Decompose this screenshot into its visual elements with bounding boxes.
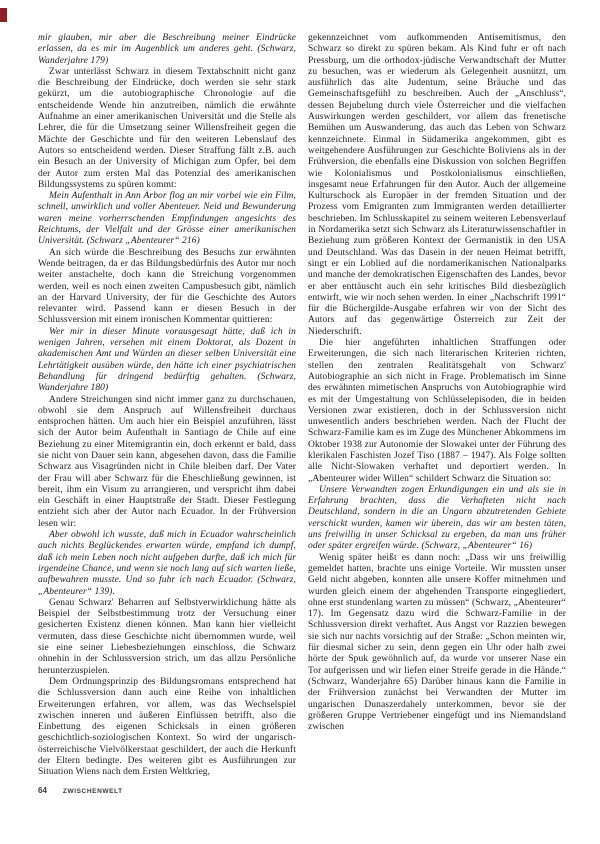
body-paragraph: An sich würde die Beschreibung des Besuc…: [38, 248, 296, 327]
text-column-left: mir glauben, mir aber die Beschreibung m…: [38, 33, 296, 779]
quote-paragraph: Unsere Verwandten zogen Erkundigungen ei…: [308, 485, 566, 553]
quote-paragraph: Aber obwohl ich wusste, daß mich in Ecua…: [38, 530, 296, 598]
body-paragraph: Dem Ordnungsprinzip des Bildungsromans e…: [38, 677, 296, 779]
journal-page: mir glauben, mir aber die Beschreibung m…: [0, 0, 600, 844]
journal-name: ZWISCHENWELT: [63, 788, 123, 795]
body-paragraph: Zwar unterlässt Schwarz in diesem Textab…: [38, 67, 296, 191]
body-paragraph: Andere Streichungen sind nicht immer gan…: [38, 395, 296, 531]
text-column-right: gekennzeichnet vom aufkommenden Antisemi…: [308, 33, 566, 733]
body-paragraph: Die hier angeführten inhaltlichen Straff…: [308, 338, 566, 485]
page-number: 64: [38, 786, 47, 795]
page-footer: 64 ZWISCHENWELT: [38, 786, 123, 795]
body-paragraph: Wenig später heißt es dann noch: „Dass w…: [308, 553, 566, 734]
quote-paragraph: Wer mir in dieser Minute vorausgesagt hä…: [38, 327, 296, 395]
body-paragraph: gekennzeichnet vom aufkommenden Antisemi…: [308, 33, 566, 338]
corner-crop-mark: [0, 8, 7, 22]
quote-paragraph: mir glauben, mir aber die Beschreibung m…: [38, 33, 296, 67]
body-paragraph: Genau Schwarz' Beharren auf Selbstverwir…: [38, 598, 296, 677]
quote-paragraph: Mein Aufenthalt in Ann Arbor flog an mir…: [38, 191, 296, 247]
